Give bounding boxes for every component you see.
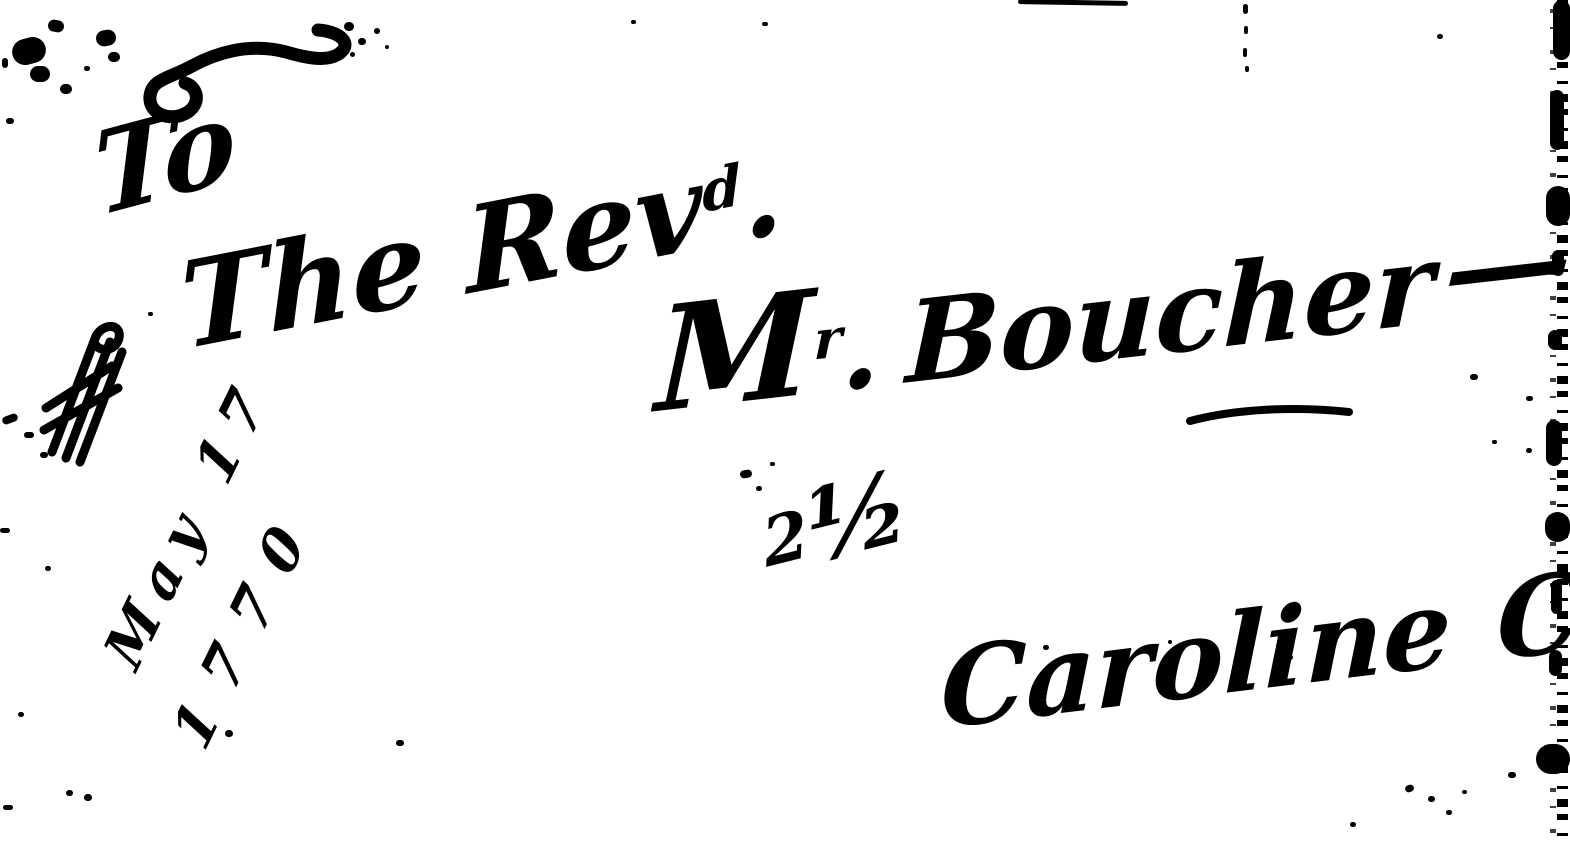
scan-speck — [18, 712, 24, 717]
addressee-name-line: Mr.Boucher— — [654, 186, 1557, 433]
scan-speck — [1243, 48, 1247, 57]
place-name: Caroline — [940, 564, 1453, 754]
destination-line: CarolineCty — [940, 544, 1570, 746]
scan-speck — [1526, 448, 1532, 453]
scan-speck — [60, 84, 72, 94]
scan-speck — [1245, 66, 1249, 72]
scan-speck — [1243, 4, 1248, 14]
scan-speck — [3, 805, 13, 810]
scan-speck — [225, 730, 233, 737]
scan-speck — [24, 432, 34, 438]
scan-speck — [148, 312, 153, 316]
scan-speck — [2, 58, 8, 68]
scan-speck — [40, 452, 48, 458]
scan-speck — [1470, 374, 1478, 380]
rate-fraction: ½ — [799, 447, 915, 587]
scan-speck — [1, 413, 19, 426]
scan-speck — [0, 528, 10, 533]
scan-speck — [1462, 790, 1467, 794]
salutation-to: To — [92, 82, 238, 234]
scan-speck — [1244, 26, 1248, 34]
scan-speck — [1428, 796, 1435, 802]
scan-speck — [344, 22, 354, 31]
scan-speck — [1168, 640, 1172, 644]
scan-speck — [762, 22, 768, 26]
scan-speck — [84, 794, 92, 801]
name-prefix-punctuation: . — [840, 281, 882, 418]
scan-edge-band-inner — [1550, 0, 1556, 841]
scan-edge-band — [1557, 0, 1568, 841]
scan-speck — [1350, 822, 1356, 827]
scanned-letter-address-leaf: To The Revd. Mr.Boucher— 2½ CarolineCty … — [0, 0, 1570, 841]
scan-speck — [631, 20, 636, 24]
scan-speck — [396, 740, 404, 746]
honorific-punctuation: . — [738, 120, 786, 268]
scan-speck — [1394, 282, 1399, 286]
scan-speck — [1446, 810, 1452, 815]
scan-speck — [1404, 784, 1415, 794]
name-prefix: M — [654, 257, 816, 446]
scan-speck — [108, 52, 120, 62]
scan-speck — [47, 19, 65, 34]
scan-speck — [1043, 645, 1049, 650]
scan-speck — [1492, 440, 1497, 444]
honorific-superscript: d — [700, 152, 742, 226]
scan-speck — [374, 28, 380, 34]
scan-speck — [95, 28, 117, 47]
scan-speck — [9, 34, 49, 68]
scan-speck — [756, 486, 762, 491]
scan-speck — [1508, 772, 1516, 778]
scan-speck — [1437, 34, 1443, 39]
scan-speck — [1018, 0, 1128, 6]
name-prefix-superscript: r — [813, 306, 843, 373]
scan-speck — [739, 469, 752, 479]
scan-speck — [358, 38, 366, 45]
scan-speck — [385, 45, 389, 49]
scan-speck — [350, 52, 355, 57]
scan-speck — [30, 66, 50, 82]
scan-speck — [770, 462, 775, 466]
scan-speck — [1526, 396, 1533, 401]
boucher-dash-stroke — [1190, 409, 1349, 421]
scan-speck — [1286, 655, 1293, 660]
scan-speck — [45, 566, 51, 571]
postal-rate-mark: 2½ — [756, 456, 915, 591]
scan-speck — [66, 790, 73, 796]
scan-speck — [6, 118, 14, 124]
surname: Boucher — [904, 218, 1435, 410]
honorific-text: The Rev — [177, 135, 706, 377]
scan-speck — [84, 66, 90, 71]
docket-scribble — [44, 326, 122, 462]
